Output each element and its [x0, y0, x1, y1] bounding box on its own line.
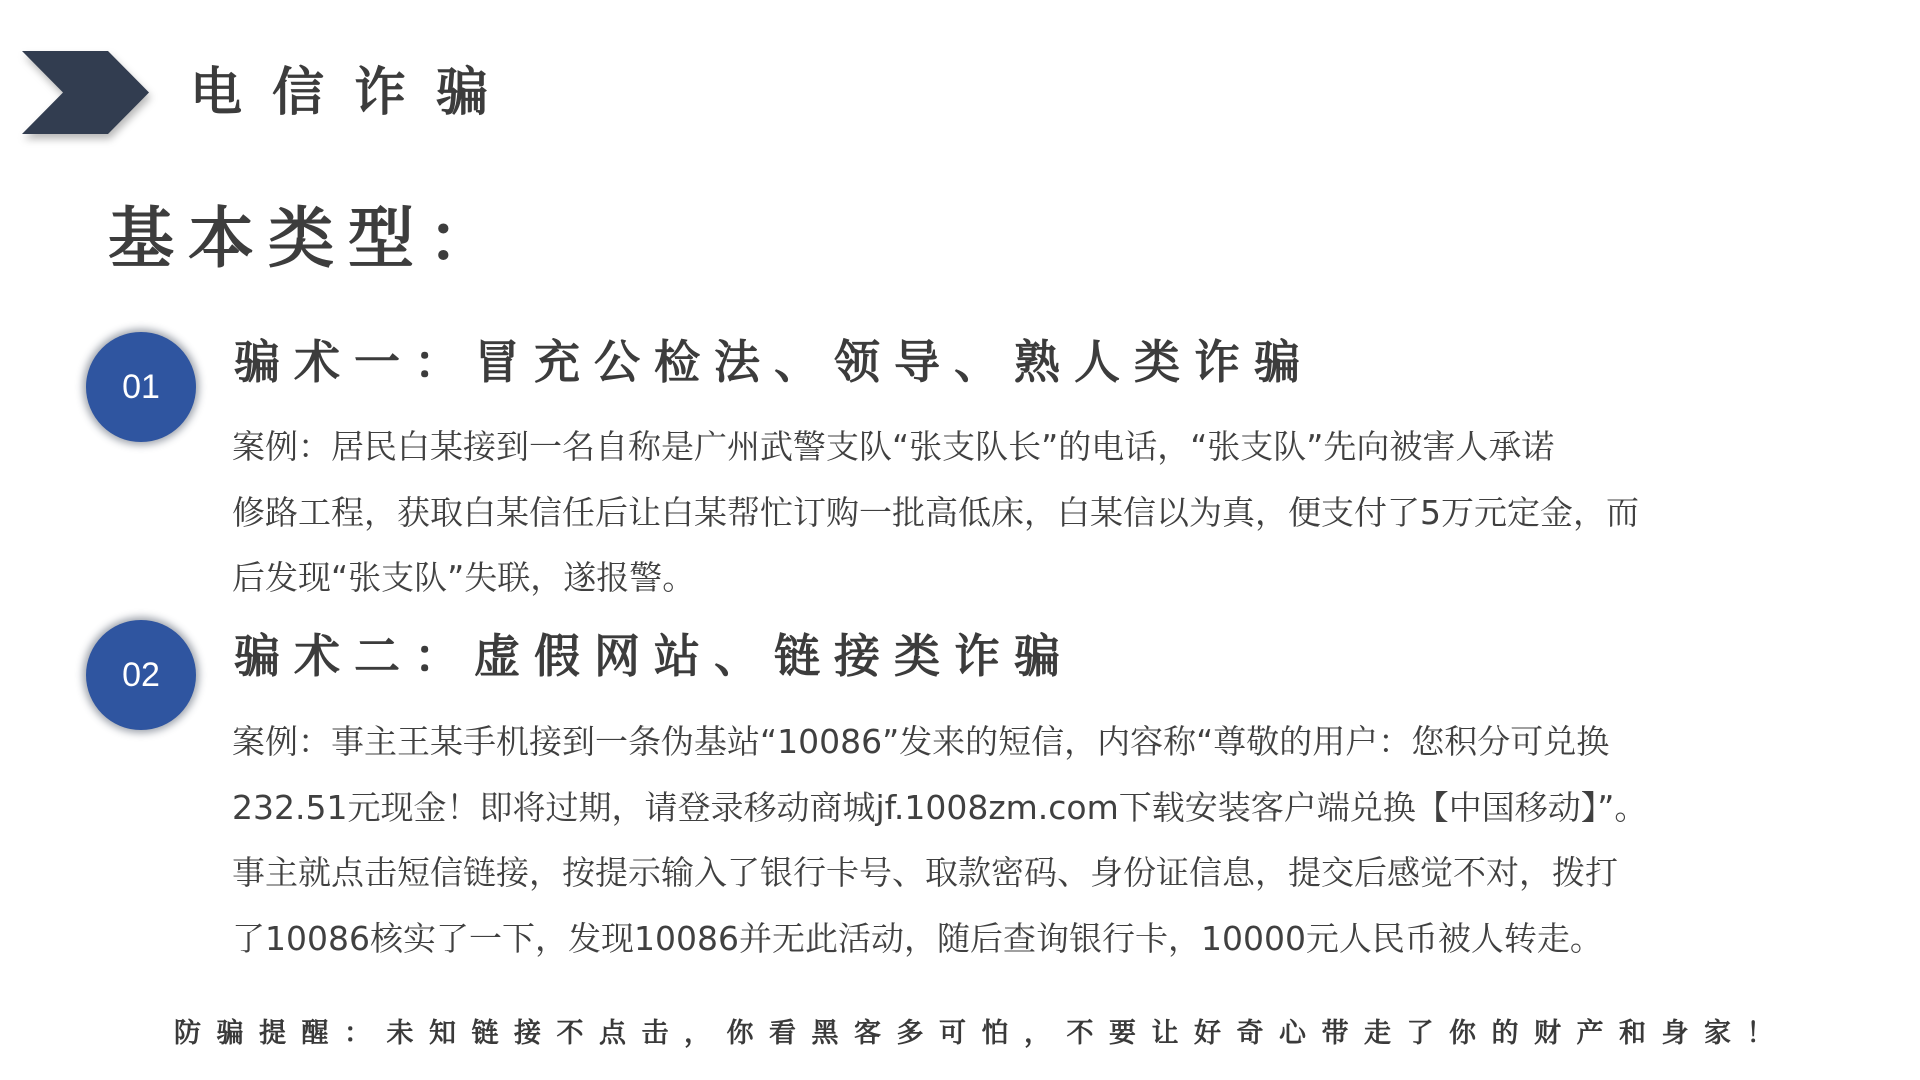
item-number-badge: 02	[86, 620, 196, 730]
chevron-right-icon	[22, 51, 150, 134]
case-line: 后发现“张支队”失联，遂报警。	[232, 545, 1812, 611]
page-title: 电信诈骗	[190, 58, 518, 128]
item-title: 骗术二：虚假网站、链接类诈骗	[234, 626, 1074, 686]
case-line: 修路工程，获取白某信任后让白某帮忙订购一批高低床，白某信以为真，便支付了5万元定…	[232, 480, 1812, 546]
case-line: 232.51元现金！即将过期，请登录移动商城jf.1008zm.com下载安装客…	[232, 775, 1812, 841]
item-number-badge: 01	[86, 332, 196, 442]
case-line: 案例：事主王某手机接到一条伪基站“10086”发来的短信，内容称“尊敬的用户：您…	[232, 709, 1812, 775]
item-title: 骗术一：冒充公检法、领导、熟人类诈骗	[234, 332, 1314, 392]
case-line: 案例：居民白某接到一名自称是广州武警支队“张支队长”的电话，“张支队”先向被害人…	[232, 414, 1812, 480]
item-case-text: 案例：居民白某接到一名自称是广州武警支队“张支队长”的电话，“张支队”先向被害人…	[232, 414, 1812, 611]
case-line: 了10086核实了一下，发现10086并无此活动，随后查询银行卡，10000元人…	[232, 906, 1812, 972]
item-case-text: 案例：事主王某手机接到一条伪基站“10086”发来的短信，内容称“尊敬的用户：您…	[232, 709, 1812, 971]
section-heading: 基本类型：	[108, 196, 508, 282]
footer-reminder: 防骗提醒：未知链接不点击，你看黑客多可怕，不要让好奇心带走了你的财产和身家！	[174, 1014, 1789, 1054]
case-line: 事主就点击短信链接，按提示输入了银行卡号、取款密码、身份证信息，提交后感觉不对，…	[232, 840, 1812, 906]
